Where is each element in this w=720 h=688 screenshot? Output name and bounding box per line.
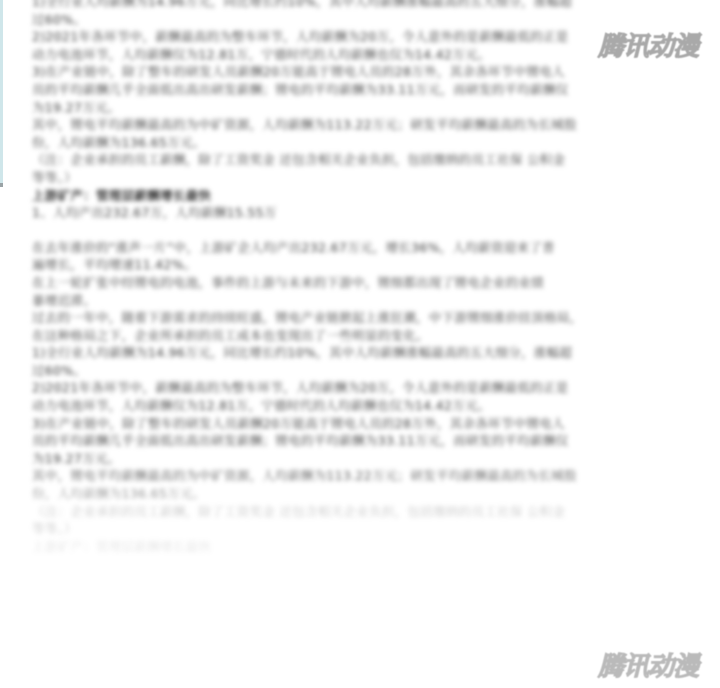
paragraph-line: 过去的一年中，随着下游需求的持续旺盛，锂电产业链掀起上涨狂潮，中下游锂细涨价挂顶… <box>32 309 692 327</box>
paragraph-line: 过60%。 <box>32 362 692 380</box>
paragraph-line: 在这种格局之下，企业所承担的员工成本也变现出了一些明显的变化。 <box>32 327 692 345</box>
paragraph-line: （注：企业承担的员工薪酬，除了工资奖金 还包含相关企业负担，包括缴纳的员工社保 … <box>32 503 692 521</box>
paragraph-line: 为19.27万元。 <box>32 99 692 117</box>
paragraph-line: 等等。） <box>32 520 692 538</box>
watermark-logo: 腾讯动漫 <box>598 26 698 63</box>
paragraph-line: 暴增迟滞。 <box>32 292 692 310</box>
paragraph-line: 3)在产业链中，除了整车的研发人员薪酬20万能高于锂电人员的28万外，其余各环节… <box>32 63 692 81</box>
paragraph-line: 其中，锂电平均薪酬最高的为中矿资源，人均薪酬为113.22万元；研发平均薪酬最高… <box>32 467 692 485</box>
paragraph-line: 员的平均薪酬几乎全面低出高出研发薪酬；锂电的平均薪酬为33.11万元，而研发的平… <box>32 432 692 450</box>
section-subheading: 1、人均产出232.67万，人均薪酬15.55万 <box>32 204 692 222</box>
paragraph-line: 上游矿产：管理层薪酬增长最快 <box>32 538 692 556</box>
paragraph-line: 2)2021年各环节中，薪酬最高的为整车环节，人均薪酬为20万，令人意外的是薪酬… <box>32 28 692 46</box>
section-heading: 上游矿产：管理层薪酬增长最快 <box>32 187 692 205</box>
paragraph-line: 1)全行业人均薪酬为14.96万元，同比增长约10%，其中人均薪酬涨幅最高的五大… <box>32 344 692 362</box>
left-edge-strip <box>0 0 3 186</box>
article-body: 1)全行业人均薪酬为14.96万元，同比增长约10%，其中人均薪酬涨幅最高的五大… <box>32 0 692 555</box>
paragraph-line: 其中，锂电平均薪酬最高的为中矿资源，人均薪酬为113.22万元；研发平均薪酬最高… <box>32 116 692 134</box>
watermark-logo: 腾讯动漫 <box>598 646 698 683</box>
paragraph-line: 动力电池环节，人均薪酬仅为12.81万，宁德时代的人均薪酬也仅为14.42万元。 <box>32 46 692 64</box>
paragraph-line: 份，人均薪酬为136.65万元。 <box>32 134 692 152</box>
paragraph-line: 为19.27万元。 <box>32 450 692 468</box>
paragraph-line: 在上一轮扩张中经锂电的电池，事件的上游与未来的下游中，锂细都出现了锂电企业的业绩 <box>32 274 692 292</box>
paragraph-line: 动力电池环节，人均薪酬仅为12.81万，宁德时代的人均薪酬也仅为14.42万元。 <box>32 397 692 415</box>
paragraph-line: 2)2021年各环节中，薪酬最高的为整车环节，人均薪酬为20万，令人意外的是薪酬… <box>32 379 692 397</box>
left-edge-strip-end <box>0 183 3 187</box>
paragraph-line: 份，人均薪酬为136.65万元。 <box>32 485 692 503</box>
paragraph-line: 在去年涨价的“涨声一片”中，上游矿企人均产出232.67万元，增长36%，人均薪… <box>32 239 692 257</box>
paragraph-line: 3)在产业链中，除了整车的研发人员薪酬20万能高于锂电人员的28万外，其余各环节… <box>32 415 692 433</box>
paragraph-line: 遍增长，平均增速11.42%。 <box>32 256 692 274</box>
paragraph-line: 等等。） <box>32 169 692 187</box>
paragraph-line: 过60%。 <box>32 11 692 29</box>
paragraph-line: 1)全行业人均薪酬为14.96万元，同比增长约10%，其中人均薪酬涨幅最高的五大… <box>32 0 692 11</box>
paragraph-line: 员的平均薪酬几乎全面低出高出研发薪酬；锂电的平均薪酬为33.11万元，而研发的平… <box>32 81 692 99</box>
paragraph-line: （注：企业承担的员工薪酬，除了工资奖金 还包含相关企业负担，包括缴纳的员工社保 … <box>32 151 692 169</box>
